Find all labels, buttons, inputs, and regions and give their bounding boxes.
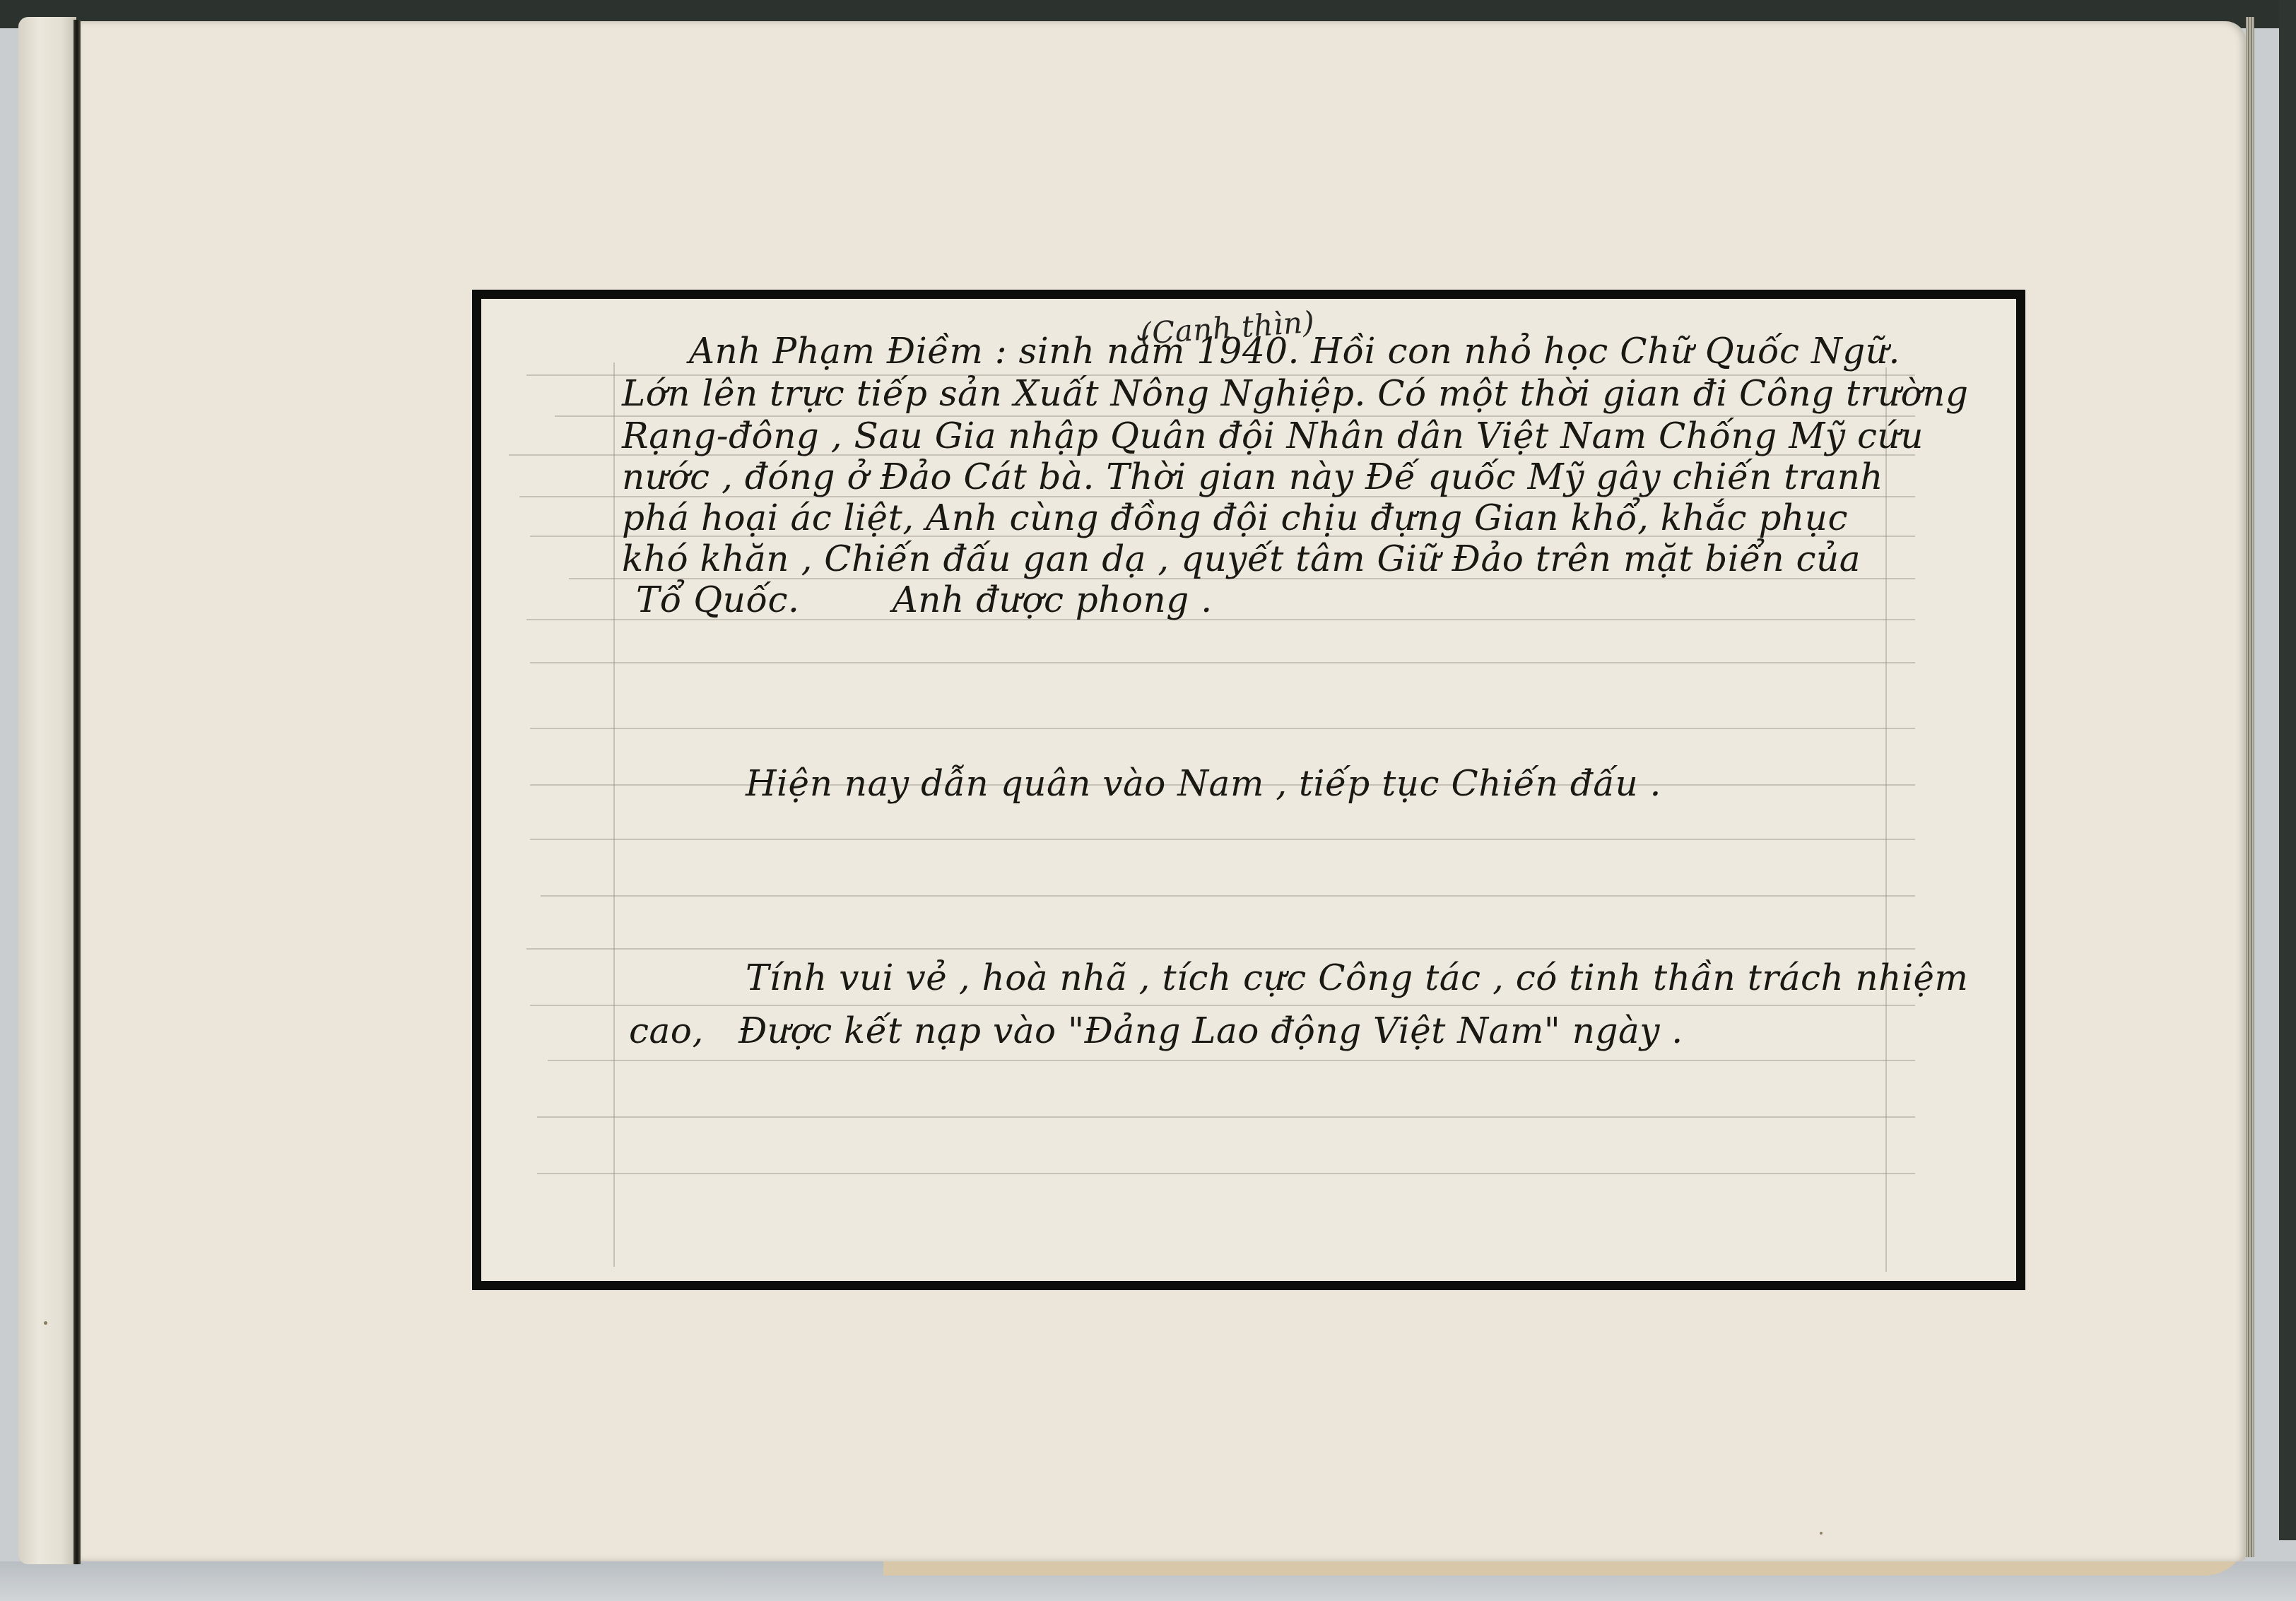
scanner-right-shadow bbox=[2279, 0, 2296, 1540]
handwritten-line: cao, Được kết nạp vào "Đảng Lao động Việ… bbox=[629, 1010, 1683, 1051]
ruled-line bbox=[541, 895, 1915, 897]
handwritten-line: Rạng-đông , Sau Gia nhập Quân đội Nhân d… bbox=[622, 415, 1924, 456]
ruled-line bbox=[530, 1005, 1915, 1006]
ruled-line bbox=[537, 1116, 1915, 1118]
handwritten-line: nước , đóng ở Đảo Cát bà. Thời gian này … bbox=[622, 456, 1883, 497]
ruled-line bbox=[526, 948, 1915, 950]
handwritten-line: phá hoại ác liệt, Anh cùng đồng đội chịu… bbox=[622, 497, 1848, 538]
handwritten-line: khó khăn , Chiến đấu gan dạ , quyết tâm … bbox=[622, 538, 1861, 579]
handwritten-line: Lớn lên trực tiếp sản Xuất Nông Nghiệp. … bbox=[622, 373, 1969, 414]
handwritten-line: Anh Phạm Điềm : sinh năm 1940. Hồi con n… bbox=[689, 331, 1900, 372]
ruled-line bbox=[530, 839, 1915, 840]
page-stack-edges bbox=[2246, 17, 2254, 1557]
ruled-line bbox=[530, 728, 1915, 729]
handwritten-line: Hiện nay dẫn quân vào Nam , tiếp tục Chi… bbox=[746, 763, 1661, 804]
notebook-binding-strip bbox=[18, 17, 76, 1564]
ruled-line bbox=[530, 662, 1915, 663]
left-margin-line bbox=[613, 362, 615, 1267]
right-margin-line bbox=[1885, 367, 1887, 1272]
ruled-line bbox=[548, 1060, 1915, 1061]
handwritten-line: Tổ Quốc. Anh được phong . bbox=[636, 579, 1213, 620]
notebook-gutter bbox=[73, 20, 81, 1564]
handwritten-line: Tính vui vẻ , hoà nhã , tích cực Công tá… bbox=[746, 957, 1968, 998]
ruled-line bbox=[537, 1173, 1915, 1174]
paper-speck bbox=[1820, 1532, 1823, 1535]
paper-speck bbox=[44, 1321, 47, 1325]
